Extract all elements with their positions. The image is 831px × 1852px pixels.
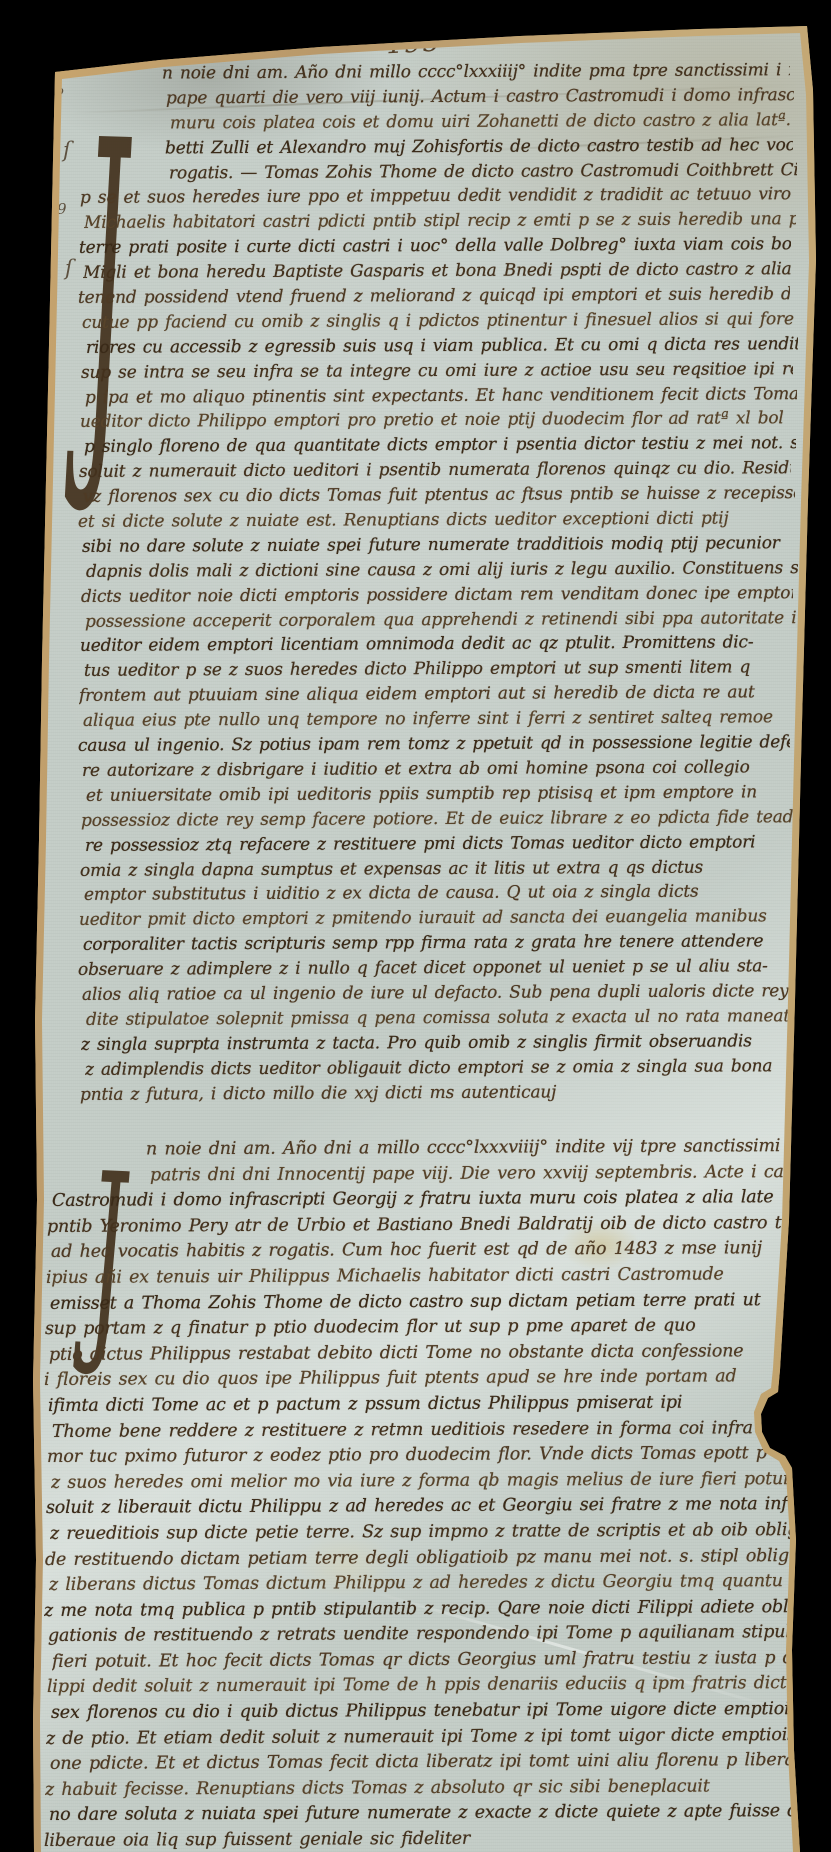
entry-1-text: n noie dni am. Año dni millo cccc°lxxxii… xyxy=(82,60,794,1105)
manuscript-line: vz florenos sex cu dio dicts Tomas fuit … xyxy=(83,481,795,510)
manuscript-line: mor tuc pximo futuror z eodez ptio pro d… xyxy=(47,1441,791,1470)
manuscript-line: betti Zulli et Alexandro muj Zohisfortis… xyxy=(81,133,793,162)
manuscript-line: z adimplendis dicts ueditor obligauit di… xyxy=(85,1054,797,1083)
entry-2-text: n noie dni am. Año dni a millo cccc°lxxx… xyxy=(48,1136,792,1852)
manuscript-line: re possessioz ztq refacere z restituere … xyxy=(85,830,797,859)
manuscript-line: sup se intra se seu infra se ta integre … xyxy=(81,357,793,386)
manuscript-line: dapnis dolis mali z dictioni sine causa … xyxy=(86,556,798,585)
manuscript-line: possessioz dicte rey semp facere potiore… xyxy=(81,805,793,834)
manuscript-line: i floreis sex cu dio quos ipe Philippus … xyxy=(44,1364,788,1393)
manuscript-line: no dare soluta z nuiata spei future nume… xyxy=(49,1799,793,1828)
manuscript-line: liberaue oia liq sup fuissent geniale si… xyxy=(44,1825,788,1852)
manuscript-line: corporaliter tactis scripturis semp rpp … xyxy=(83,929,795,958)
manuscript-line: dicts ueditor noie dicti emptoris possid… xyxy=(81,581,793,610)
margin-mark: ſ xyxy=(63,138,71,162)
manuscript-line: Migli et bona heredu Baptiste Gasparis e… xyxy=(83,257,795,286)
manuscript-line: pntia z futura, i dicto millo die xxj di… xyxy=(80,1079,792,1108)
manuscript-line: ad hec vocatis habitis z rogatis. Cum ho… xyxy=(51,1236,795,1265)
manuscript-line: z reueditiois sup dicte petie terre. Sz … xyxy=(50,1518,794,1547)
manuscript-line: re autorizare z disbrigare i iuditio et … xyxy=(82,755,794,784)
manuscript-line: z singla suprpta instrumta z tacta. Pro … xyxy=(81,1029,793,1058)
manuscript-line: lippi dedit soluit z numerauit ipi Tome … xyxy=(47,1672,791,1701)
manuscript-line: sibi no dare solute z nuiate spei future… xyxy=(82,531,794,560)
manuscript-line: dite stipulatoe solepnit pmissa q pena c… xyxy=(86,1004,798,1033)
manuscript-line: cutue pp faciend cu omib z singlis q i p… xyxy=(82,307,794,336)
manuscript-line: z liberans dictus Tomas dictum Philippu … xyxy=(49,1569,793,1598)
manuscript-line: de restituendo dictam petiam terre degli… xyxy=(45,1544,789,1573)
photo-background: 195 J J o ſ 9 ſ n noie dni am. Año dni m… xyxy=(0,0,831,1852)
manuscript-line: sup portam z q finatur p ptio duodecim f… xyxy=(45,1313,789,1342)
manuscript-line: ipius añi ex tenuis uir Philippus Michae… xyxy=(46,1262,790,1291)
manuscript-line: riores cu accessib z egressib suis usq i… xyxy=(86,332,798,361)
manuscript-line: pape quarti die vero viij iunij. Actum i… xyxy=(82,83,794,112)
manuscript-line: soluit z liberauit dictu Philippu z ad h… xyxy=(46,1492,790,1521)
manuscript-page: 195 J J o ſ 9 ſ n noie dni am. Año dni m… xyxy=(0,0,831,1852)
manuscript-line: et uniuersitate omib ipi ueditoris ppiis… xyxy=(86,780,798,809)
manuscript-line: ifimta dicti Tome ac et p pactum z pssum… xyxy=(48,1390,792,1419)
manuscript-line: obseruare z adimplere z i nullo q facet … xyxy=(78,954,790,983)
manuscript-line: gationis de restituendo z retrats uendit… xyxy=(48,1620,792,1649)
manuscript-line: alios aliq ratioe ca ul ingenio de iure … xyxy=(82,979,794,1008)
manuscript-line: et si dicte solute z nuiate est. Renupti… xyxy=(78,506,790,535)
manuscript-line: aliqua eius pte nullo unq tempore no inf… xyxy=(83,705,795,734)
manuscript-line: tenend possidend vtend fruend z melioran… xyxy=(78,282,790,311)
manuscript-line: terre prati posite i curte dicti castri … xyxy=(79,232,791,261)
margin-mark: ſ xyxy=(65,256,73,280)
manuscript-line: causa ul ingenio. Sz potius ipam rem tom… xyxy=(78,730,790,759)
manuscript-line: n noie dni am. Año dni a millo cccc°lxxx… xyxy=(44,1134,788,1163)
manuscript-line: Castromudi i domo infrascripti Georgij z… xyxy=(52,1185,796,1214)
manuscript-line: one pdicte. Et et dictus Tomas fecit dic… xyxy=(50,1748,794,1777)
manuscript-line: muru cois platea cois et domu uiri Zohan… xyxy=(86,108,798,137)
manuscript-line: sex florenos cu dio i quib dictus Philip… xyxy=(51,1697,795,1726)
